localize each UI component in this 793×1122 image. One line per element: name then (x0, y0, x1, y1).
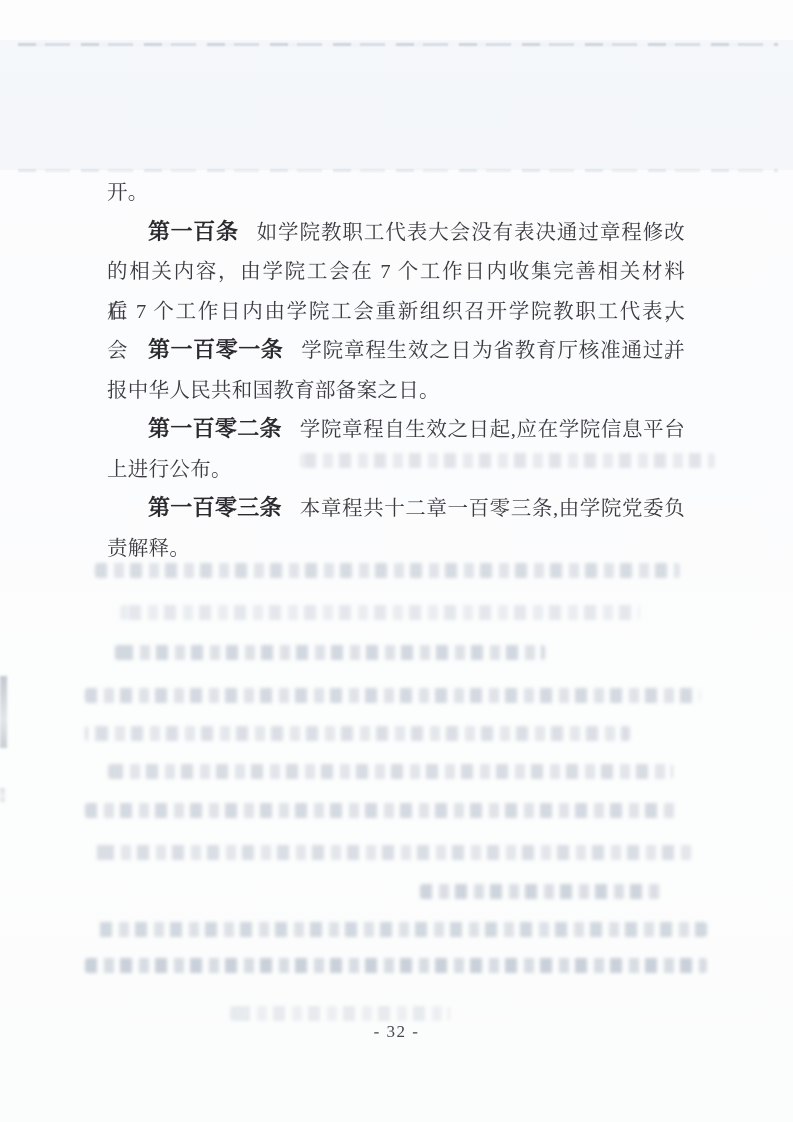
scan-smudge-left (0, 676, 7, 748)
bleedthrough-row (85, 958, 707, 973)
bleedthrough-row (108, 764, 673, 779)
text-line: 第一百零一条学院章程生效之日为省教育厅核准通过并 (148, 331, 685, 371)
bleedthrough-row (85, 726, 630, 741)
line-text: 责解释。 (107, 538, 190, 560)
line-text: 如学院教职工代表大会没有表决通过章程修改 (257, 222, 685, 244)
article-number-bold: 第一百零三条 (148, 496, 282, 521)
article-number-bold: 第一百零二条 (148, 417, 282, 442)
bleedthrough-row (95, 922, 707, 937)
article-number-bold: 第一百条 (148, 220, 239, 245)
scan-smudge-left-small (0, 788, 5, 802)
line-text: 学院章程自生效之日起,应在学院信息平台 (300, 419, 685, 441)
scanned-document-page: 开。 第一百条如学院教职工代表大会没有表决通过章程修改 的相关内容，由学院工会在… (0, 0, 793, 1122)
line-text: 学院章程生效之日为省教育厅核准通过并 (301, 340, 685, 362)
article-number-bold: 第一百零一条 (148, 338, 283, 363)
scan-shading-band (0, 40, 793, 170)
scan-streak-mid (18, 169, 778, 172)
bleedthrough-row (230, 1006, 450, 1021)
bleedthrough-row (115, 645, 545, 660)
bleedthrough-row (120, 605, 640, 620)
bleedthrough-row (85, 688, 700, 703)
text-line: 第一百零二条学院章程自生效之日起,应在学院信息平台 (148, 410, 685, 450)
text-line: 开。 (107, 173, 685, 213)
text-line: 责解释。 (107, 529, 685, 569)
text-line: 报中华人民共和国教育部备案之日。 (107, 371, 685, 411)
scan-streak-top (18, 43, 778, 46)
line-text: 报中华人民共和国教育部备案之日。 (107, 380, 440, 402)
line-text: 开。 (107, 182, 149, 204)
bleedthrough-row (95, 845, 695, 860)
text-line: 第一百零三条本章程共十二章一百零三条,由学院党委负 (148, 489, 685, 529)
text-line: 上进行公布。 (107, 450, 685, 490)
bleedthrough-row (85, 803, 680, 818)
text-line: 的相关内容，由学院工会在 7 个工作日内收集完善相关材料后， (107, 252, 685, 292)
bleedthrough-row (420, 884, 660, 899)
line-text: 本章程共十二章一百零三条,由学院党委负 (300, 498, 685, 520)
text-line: 在 7 个工作日内由学院工会重新组织召开学院教职工代表大会。 (107, 292, 685, 332)
text-line: 第一百条如学院教职工代表大会没有表决通过章程修改 (148, 213, 685, 253)
document-text: 开。 第一百条如学院教职工代表大会没有表决通过章程修改 的相关内容，由学院工会在… (107, 173, 685, 568)
page-number: - 32 - (0, 1022, 793, 1042)
line-text: 上进行公布。 (107, 459, 232, 481)
